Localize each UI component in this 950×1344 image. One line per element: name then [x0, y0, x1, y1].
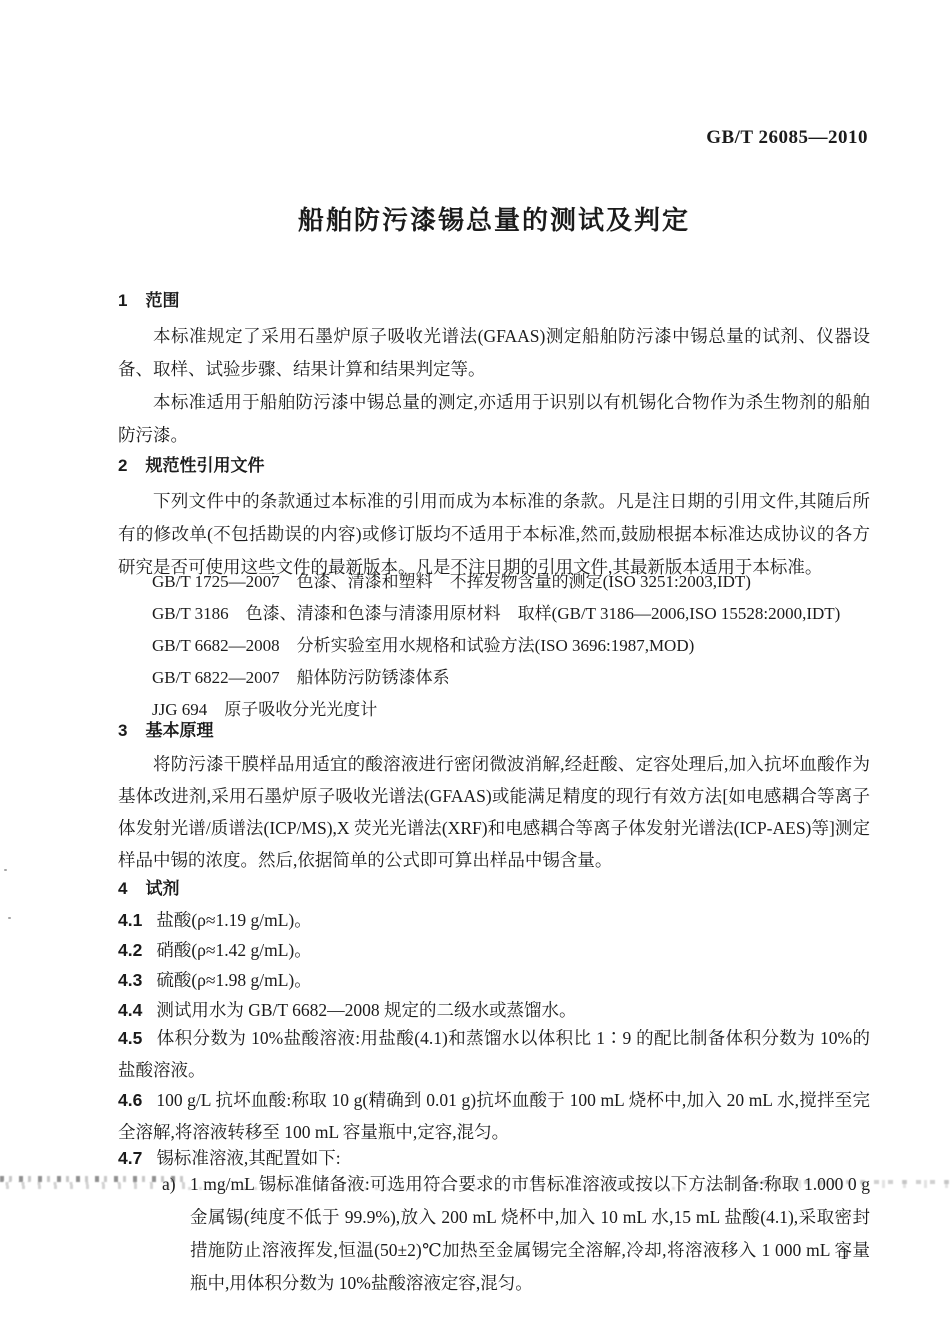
document-page: GB/T 26085—2010 船舶防污漆锡总量的测试及判定 1范围 本标准规定…	[0, 0, 950, 1344]
section-2-number: 2	[118, 456, 127, 476]
list-item-a-marker: a)	[162, 1168, 190, 1300]
clause-4-4-text: 测试用水为 GB/T 6682—2008 规定的二级水或蒸馏水。	[156, 1000, 576, 1020]
clause-4-1: 4.1盐酸(ρ≈1.19 g/mL)。	[118, 904, 870, 936]
clause-4-3-number: 4.3	[118, 970, 142, 990]
section-1-title: 范围	[145, 291, 179, 310]
reference-item: GB/T 3186 色漆、清漆和色漆与清漆用原材料 取样(GB/T 3186—2…	[118, 598, 870, 630]
clause-4-2-text: 硝酸(ρ≈1.42 g/mL)。	[156, 940, 311, 960]
clause-4-7-text: 锡标准溶液,其配置如下:	[156, 1148, 340, 1168]
clause-4-5-number: 4.5	[118, 1028, 142, 1048]
clause-4-2-number: 4.2	[118, 940, 142, 960]
section-3-number: 3	[118, 721, 127, 741]
section-4-title: 试剂	[145, 879, 179, 898]
section-2-heading: 2规范性引用文件	[118, 451, 870, 476]
reference-item: GB/T 6822—2007 船体防污防锈漆体系	[118, 662, 870, 694]
section-3-title: 基本原理	[145, 721, 213, 740]
section-3-heading: 3基本原理	[118, 716, 870, 741]
reference-list: GB/T 1725—2007 色漆、清漆和塑料 不挥发物含量的测定(ISO 32…	[118, 566, 870, 726]
document-title: 船舶防污漆锡总量的测试及判定	[118, 200, 870, 237]
section-1-paragraph: 本标准规定了采用石墨炉原子吸收光谱法(GFAAS)测定船舶防污漆中锡总量的试剂、…	[118, 320, 870, 386]
clause-4-2: 4.2硝酸(ρ≈1.42 g/mL)。	[118, 934, 870, 966]
standard-code: GB/T 26085—2010	[118, 127, 870, 149]
clause-4-6: 4.6100 g/L 抗坏血酸:称取 10 g(精确到 0.01 g)抗坏血酸于…	[118, 1084, 870, 1148]
clause-4-3: 4.3硫酸(ρ≈1.98 g/mL)。	[118, 964, 870, 996]
clause-4-6-number: 4.6	[118, 1090, 142, 1110]
page-number: 1	[840, 1244, 849, 1264]
clause-4-3-text: 硫酸(ρ≈1.98 g/mL)。	[156, 970, 311, 990]
clause-4-4-number: 4.4	[118, 1000, 142, 1020]
section-3-paragraph: 将防污漆干膜样品用适宜的酸溶液进行密闭微波消解,经赶酸、定容处理后,加入抗坏血酸…	[118, 748, 870, 876]
clause-4-7-number: 4.7	[118, 1148, 142, 1168]
section-1-number: 1	[118, 291, 127, 311]
clause-4-1-number: 4.1	[118, 910, 142, 930]
scan-speck	[4, 869, 7, 871]
section-1-heading: 1范围	[118, 286, 870, 311]
section-4-heading: 4试剂	[118, 874, 870, 899]
clause-4-5: 4.5体积分数为 10%盐酸溶液:用盐酸(4.1)和蒸馏水以体积比 1∶9 的配…	[118, 1022, 870, 1086]
reference-item: GB/T 6682—2008 分析实验室用水规格和试验方法(ISO 3696:1…	[118, 630, 870, 662]
clause-4-6-text: 100 g/L 抗坏血酸:称取 10 g(精确到 0.01 g)抗坏血酸于 10…	[118, 1090, 870, 1142]
section-4-number: 4	[118, 879, 127, 899]
clause-4-1-text: 盐酸(ρ≈1.19 g/mL)。	[156, 910, 311, 930]
section-2-title: 规范性引用文件	[145, 456, 264, 475]
section-1-paragraph: 本标准适用于船舶防污漆中锡总量的测定,亦适用于识别以有机锡化合物作为杀生物剂的船…	[118, 386, 870, 452]
scan-speck	[8, 917, 11, 919]
clause-4-5-text: 体积分数为 10%盐酸溶液:用盐酸(4.1)和蒸馏水以体积比 1∶9 的配比制备…	[118, 1028, 870, 1080]
list-item-a-text: 1 mg/mL 锡标准储备液:可选用符合要求的市售标准溶液或按以下方法制备:称取…	[190, 1168, 870, 1300]
list-item-a: a) 1 mg/mL 锡标准储备液:可选用符合要求的市售标准溶液或按以下方法制备…	[118, 1168, 870, 1300]
reference-item: GB/T 1725—2007 色漆、清漆和塑料 不挥发物含量的测定(ISO 32…	[118, 566, 870, 598]
